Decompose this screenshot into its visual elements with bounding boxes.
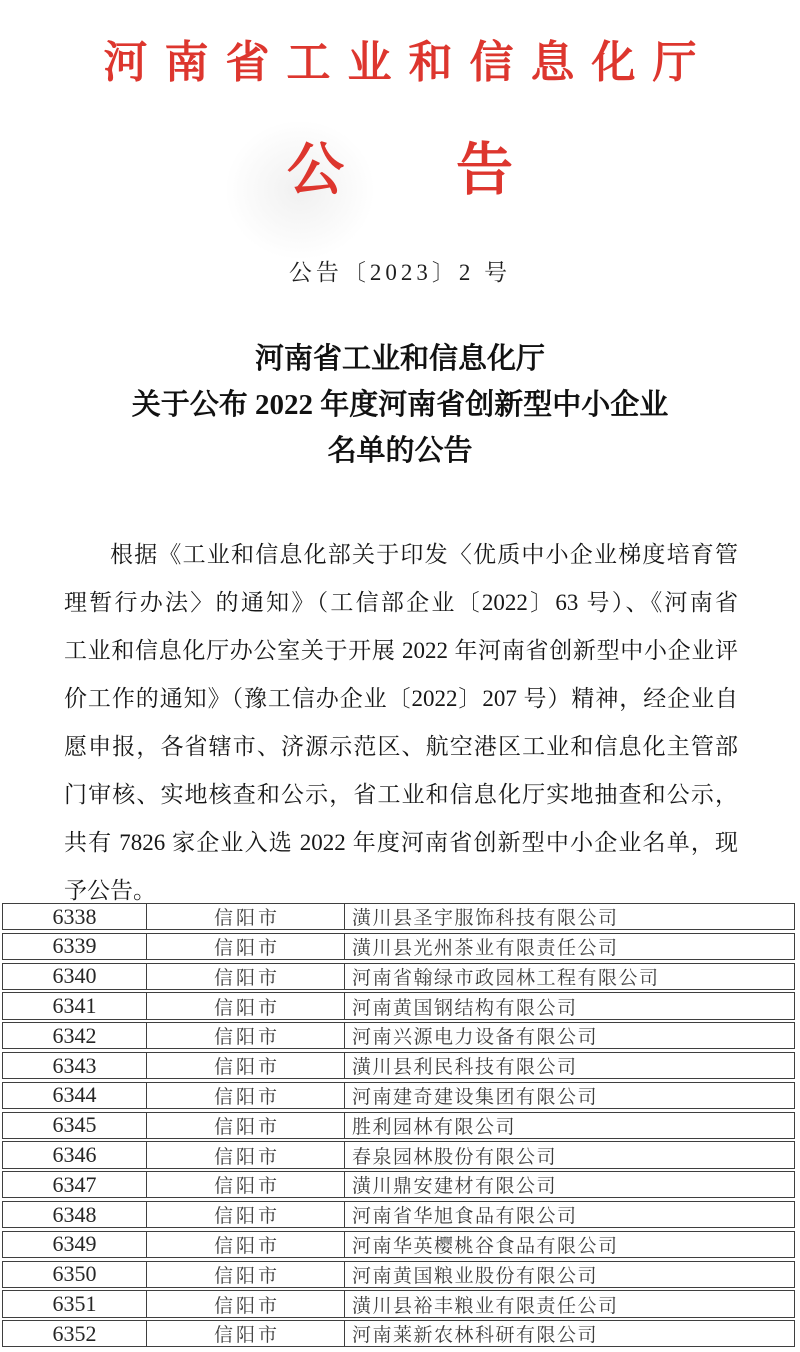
- table-row: 6344 信阳市 河南建奇建设集团有限公司: [2, 1082, 795, 1109]
- announcement-page: { "page": { "accent_color": "#dd362e" },…: [0, 0, 800, 1352]
- row-company-cell: 潢川县裕丰粮业有限责任公司: [345, 1291, 794, 1318]
- row-number-cell: 6339: [3, 934, 147, 959]
- table-row: 6349 信阳市 河南华英樱桃谷食品有限公司: [2, 1231, 795, 1258]
- row-city-cell: 信阳市: [147, 1321, 345, 1346]
- table-row: 6346 信阳市 春泉园林股份有限公司: [2, 1141, 795, 1168]
- row-company-cell: 潢川县光州茶业有限责任公司: [345, 933, 794, 960]
- body-line: 门审核、实地核查和公示，省工业和信息化厅实地抽查和公示，: [64, 771, 738, 819]
- table-row: 6338 信阳市 潢川县圣宇服饰科技有限公司: [2, 903, 795, 930]
- row-number-cell: 6352: [3, 1321, 147, 1346]
- row-company-cell: 河南华英樱桃谷食品有限公司: [345, 1231, 794, 1258]
- body-line: 工业和信息化厅办公室关于开展 2022 年河南省创新型中小企业评: [64, 627, 738, 675]
- row-number-cell: 6350: [3, 1262, 147, 1287]
- body-line: 共有 7826 家企业入选 2022 年度河南省创新型中小企业名单，现: [64, 819, 738, 867]
- row-city-cell: 信阳市: [147, 1053, 345, 1078]
- table-row: 6347 信阳市 潢川鼎安建材有限公司: [2, 1171, 795, 1198]
- body-line: 理暂行办法〉的通知》（工信部企业〔2022〕63 号）、《河南省: [64, 579, 738, 627]
- body-line: 根据《工业和信息化部关于印发〈优质中小企业梯度培育管: [64, 531, 738, 579]
- body-line: 愿申报，各省辖市、济源示范区、航空港区工业和信息化主管部: [64, 723, 738, 771]
- table-row: 6352 信阳市 河南莱新农林科研有限公司: [2, 1320, 795, 1347]
- row-city-cell: 信阳市: [147, 993, 345, 1018]
- doc-number: 公告〔2023〕2 号: [0, 254, 800, 287]
- row-number-cell: 6347: [3, 1172, 147, 1197]
- row-city-cell: 信阳市: [147, 964, 345, 989]
- row-number-cell: 6343: [3, 1053, 147, 1078]
- row-company-cell: 河南省华旭食品有限公司: [345, 1201, 794, 1228]
- row-number-cell: 6348: [3, 1202, 147, 1227]
- row-city-cell: 信阳市: [147, 904, 345, 929]
- document-title: 河南省工业和信息化厅 关于公布 2022 年度河南省创新型中小企业 名单的公告: [0, 336, 800, 474]
- row-company-cell: 潢川鼎安建材有限公司: [345, 1171, 794, 1198]
- row-number-cell: 6344: [3, 1083, 147, 1108]
- company-table: 6338 信阳市 潢川县圣宇服饰科技有限公司 6339 信阳市 潢川县光州茶业有…: [2, 903, 795, 1347]
- row-city-cell: 信阳市: [147, 1232, 345, 1257]
- table-row: 6348 信阳市 河南省华旭食品有限公司: [2, 1201, 795, 1228]
- row-company-cell: 河南黄国粮业股份有限公司: [345, 1261, 794, 1288]
- row-number-cell: 6349: [3, 1232, 147, 1257]
- row-company-cell: 春泉园林股份有限公司: [345, 1142, 794, 1169]
- table-row: 6340 信阳市 河南省翰绿市政园林工程有限公司: [2, 963, 795, 990]
- document-title-line-1: 河南省工业和信息化厅: [0, 336, 800, 382]
- row-number-cell: 6340: [3, 964, 147, 989]
- row-city-cell: 信阳市: [147, 1291, 345, 1316]
- row-city-cell: 信阳市: [147, 1142, 345, 1167]
- table-row: 6350 信阳市 河南黄国粮业股份有限公司: [2, 1261, 795, 1288]
- table-row: 6343 信阳市 潢川县利民科技有限公司: [2, 1052, 795, 1079]
- row-city-cell: 信阳市: [147, 1113, 345, 1138]
- row-company-cell: 河南建奇建设集团有限公司: [345, 1082, 794, 1109]
- row-number-cell: 6346: [3, 1142, 147, 1167]
- row-company-cell: 胜利园林有限公司: [345, 1112, 794, 1139]
- row-number-cell: 6341: [3, 993, 147, 1018]
- row-city-cell: 信阳市: [147, 1023, 345, 1048]
- document-title-line-3: 名单的公告: [0, 428, 800, 474]
- table-row: 6339 信阳市 潢川县光州茶业有限责任公司: [2, 933, 795, 960]
- row-company-cell: 河南省翰绿市政园林工程有限公司: [345, 963, 794, 990]
- row-city-cell: 信阳市: [147, 1262, 345, 1287]
- row-company-cell: 潢川县圣宇服饰科技有限公司: [345, 903, 794, 930]
- row-number-cell: 6338: [3, 904, 147, 929]
- row-city-cell: 信阳市: [147, 1083, 345, 1108]
- table-row: 6351 信阳市 潢川县裕丰粮业有限责任公司: [2, 1290, 795, 1317]
- row-company-cell: 河南黄国钢结构有限公司: [345, 993, 794, 1020]
- row-number-cell: 6342: [3, 1023, 147, 1048]
- row-city-cell: 信阳市: [147, 1202, 345, 1227]
- row-company-cell: 河南莱新农林科研有限公司: [345, 1320, 794, 1347]
- row-company-cell: 河南兴源电力设备有限公司: [345, 1022, 794, 1049]
- doc-type-heading: 公告: [0, 124, 800, 206]
- body-line: 价工作的通知》（豫工信办企业〔2022〕207 号）精神，经企业自: [64, 675, 738, 723]
- row-number-cell: 6345: [3, 1113, 147, 1138]
- table-row: 6345 信阳市 胜利园林有限公司: [2, 1112, 795, 1139]
- table-row: 6341 信阳市 河南黄国钢结构有限公司: [2, 992, 795, 1019]
- body-paragraph: 根据《工业和信息化部关于印发〈优质中小企业梯度培育管 理暂行办法〉的通知》（工信…: [64, 531, 738, 915]
- document-title-line-2: 关于公布 2022 年度河南省创新型中小企业: [0, 382, 800, 428]
- row-number-cell: 6351: [3, 1291, 147, 1316]
- row-city-cell: 信阳市: [147, 1172, 345, 1197]
- row-city-cell: 信阳市: [147, 934, 345, 959]
- table-row: 6342 信阳市 河南兴源电力设备有限公司: [2, 1022, 795, 1049]
- row-company-cell: 潢川县利民科技有限公司: [345, 1052, 794, 1079]
- agency-header: 河南省工业和信息化厅: [0, 26, 800, 90]
